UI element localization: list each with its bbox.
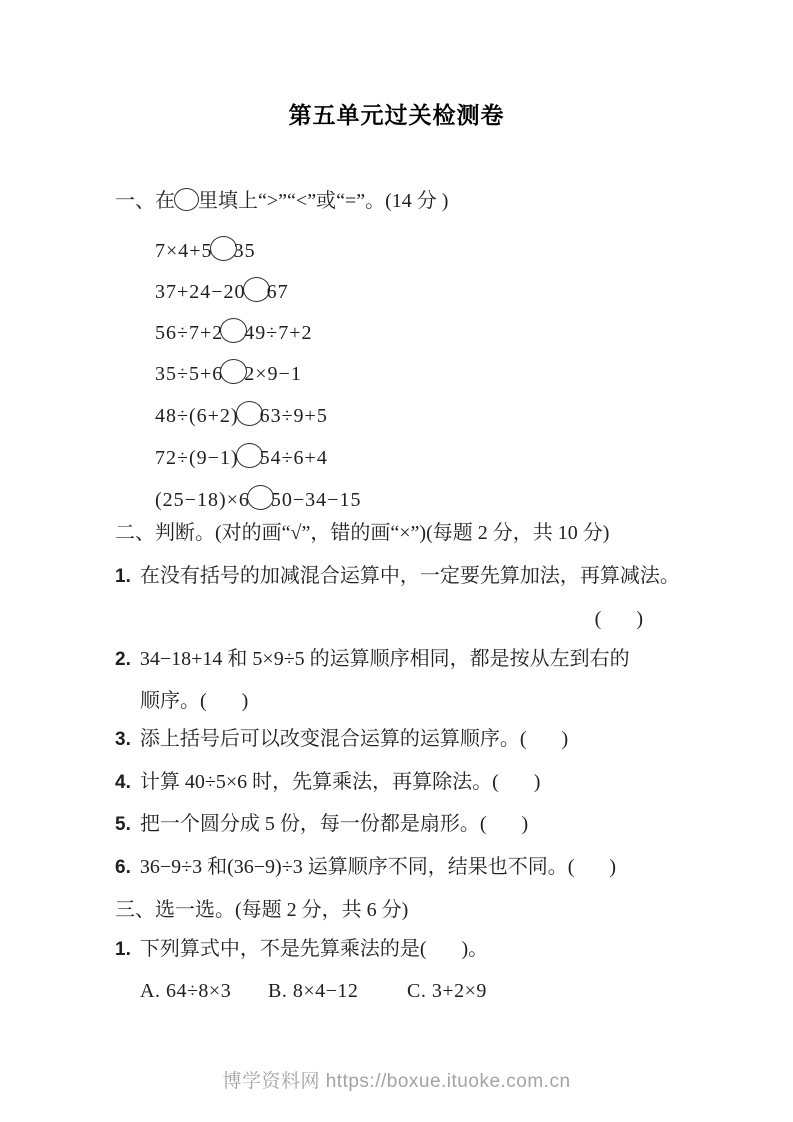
answer-circle [210,236,237,261]
section1-heading: 一、在里填上“>”“<”或“=”。(14 分 ) [115,188,448,215]
expression-right: 63÷9+5 [260,405,328,427]
section1-heading-post: 里填上“>”“<”或“=”。(14 分 ) [198,190,448,212]
expression-right: 67 [267,281,289,303]
expression-left: 72÷(9−1) [155,447,239,469]
judge-question-6: 6.36−9÷3 和(36−9)÷3 运算顺序不同，结果也不同。( ) [115,854,616,881]
expression-left: 7×4+5 [155,240,213,262]
expression-left: 37+24−20 [155,281,246,303]
paper-title: 第五单元过关检测卷 [0,97,793,130]
question-text: 34−18+14 和 5×9÷5 的运算顺序相同，都是按从左到右的 [140,648,630,670]
question-number: 1. [115,566,131,587]
judge-question-2-cont: 顺序。( ) [140,688,248,715]
question-text: 把一个圆分成 5 份，每一份都是扇形。( ) [140,813,528,835]
test-paper-page: 第五单元过关检测卷 一、在里填上“>”“<”或“=”。(14 分 ) 7×4+5… [0,0,793,1122]
question-text: 下列算式中，不是先算乘法的是( )。 [140,938,488,960]
choice-option-a: A. 64÷8×3 [140,978,263,1005]
question-text: 计算 40÷5×6 时，先算乘法，再算除法。( ) [140,771,541,793]
expression-right: 49÷7+2 [244,322,312,344]
question-number: 2. [115,649,131,670]
expression-left: (25−18)×6 [155,489,250,511]
question-number: 4. [115,772,131,793]
section3-heading: 三、选一选。(每题 2 分，共 6 分) [115,897,408,924]
question-text: 添上括号后可以改变混合运算的运算顺序。( ) [140,728,568,750]
section2-heading: 二、判断。(对的画“√”，错的画“×”)(每题 2 分，共 10 分) [115,520,609,547]
expression-right: 35 [234,240,256,262]
question-text: 在没有括号的加减混合运算中，一定要先算加法，再算减法。 [140,565,680,587]
question-number: 5. [115,814,131,835]
expression-left: 56÷7+2 [155,322,223,344]
section1-heading-pre: 一、在 [115,190,175,212]
judge-question-5: 5.把一个圆分成 5 份，每一份都是扇形。( ) [115,811,528,838]
choice-option-b: B. 8×4−12 [268,978,402,1005]
expression-right: 50−34−15 [271,489,362,511]
compare-row: 72÷(9−1)54÷6+4 [155,443,328,472]
compare-row: 56÷7+249÷7+2 [155,318,313,347]
choice-option-c: C. 3+2×9 [407,978,487,1005]
question-number: 3. [115,729,131,750]
expression-right: 2×9−1 [244,363,302,385]
compare-row: 48÷(6+2)63÷9+5 [155,401,328,430]
question-text: 36−9÷3 和(36−9)÷3 运算顺序不同，结果也不同。( ) [140,856,616,878]
compare-row: 37+24−2067 [155,277,289,306]
judge-question-3: 3.添上括号后可以改变混合运算的运算顺序。( ) [115,726,568,753]
compare-row: 35÷5+62×9−1 [155,359,302,388]
footer-watermark: 博学资料网 https://boxue.ituoke.com.cn [0,1066,793,1093]
question-number: 6. [115,857,131,878]
answer-parens: ( ) [595,608,643,630]
answer-circle [174,188,199,211]
answer-circle [236,443,263,468]
answer-parens-line: ( ) [115,606,643,633]
question-number: 1. [115,939,131,960]
expression-left: 35÷5+6 [155,363,223,385]
compare-row: 7×4+535 [155,236,256,265]
choice-question-1: 1.下列算式中，不是先算乘法的是( )。 [115,936,488,963]
judge-question-4: 4.计算 40÷5×6 时，先算乘法，再算除法。( ) [115,769,540,796]
answer-circle [236,401,263,426]
answer-circle [247,485,274,510]
compare-row: (25−18)×650−34−15 [155,485,361,514]
judge-question-2: 2.34−18+14 和 5×9÷5 的运算顺序相同，都是按从左到右的 [115,646,630,673]
choice-options-row: A. 64÷8×3 B. 8×4−12 C. 3+2×9 [140,978,487,1005]
expression-right: 54÷6+4 [260,447,328,469]
expression-left: 48÷(6+2) [155,405,239,427]
answer-circle [243,277,270,302]
judge-question-1: 1.在没有括号的加减混合运算中，一定要先算加法，再算减法。 [115,563,680,590]
